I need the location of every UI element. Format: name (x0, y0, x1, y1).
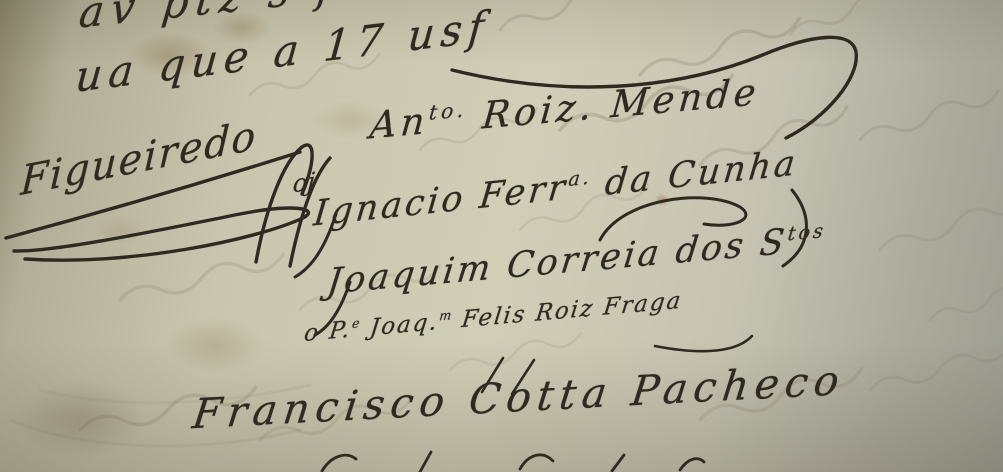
signature-antonio-roiz-mende: Anto. Roiz. Mende (368, 70, 761, 148)
ghost-squiggle (495, 0, 641, 31)
antonio-rest: Roiz. Mende (465, 70, 762, 139)
ghost-squiggle (117, 254, 287, 301)
signature-francisco-cotta-pacheco: Francisco Cotta Pacheco (190, 356, 848, 439)
ghost-squiggle (876, 197, 1003, 251)
ghost-squiggle (785, 0, 919, 36)
ignacio-rest: da Cunha (589, 143, 800, 205)
signature-joaquim-correia-dos-santos: Joaquim Correia dos Stos (325, 218, 827, 302)
antonio-prefix: An (368, 99, 430, 148)
ghost-squiggle (447, 333, 583, 370)
ghost-squiggle (856, 91, 1003, 141)
manuscript-photo: av ptz s f ua que a 17 usf Anto. Roiz. M… (0, 0, 1003, 472)
oj-abbreviation-mark: oj (292, 167, 316, 199)
joaquim-prefix: Joaquim Correia dos S (325, 222, 789, 303)
padre-line-tail (655, 336, 752, 351)
ghost-squiggle (867, 346, 1003, 391)
padre-seg2: Joaq. (359, 309, 440, 342)
ghost-squiggle (927, 278, 1003, 320)
ignacio-prefix: Ignacio Ferr (312, 167, 570, 234)
ignacio-superscript: a. (567, 165, 593, 191)
bottom-cut-stroke-4 (612, 455, 624, 471)
padre-seg3: Felis Roiz Fraga (451, 288, 684, 334)
bottom-cut-stroke-2 (420, 452, 431, 472)
ghost-squiggle (635, 18, 804, 76)
bottom-cut-stroke-5 (680, 459, 704, 470)
signature-ignacio-ferreira-da-cunha: Ignacio Ferra. da Cunha (312, 143, 800, 235)
antonio-superscript: to. (428, 97, 469, 125)
joaquim-superscript: tos (787, 219, 828, 246)
signature-figueiredo: Figueiredo (20, 112, 259, 205)
figueiredo-underline-loop (14, 208, 308, 260)
padre-seg1: o P. (303, 317, 353, 348)
figueiredo-tall-loop-1 (256, 145, 312, 262)
bottom-cut-stroke-3 (520, 455, 553, 469)
bottom-cut-stroke-1 (322, 455, 356, 471)
